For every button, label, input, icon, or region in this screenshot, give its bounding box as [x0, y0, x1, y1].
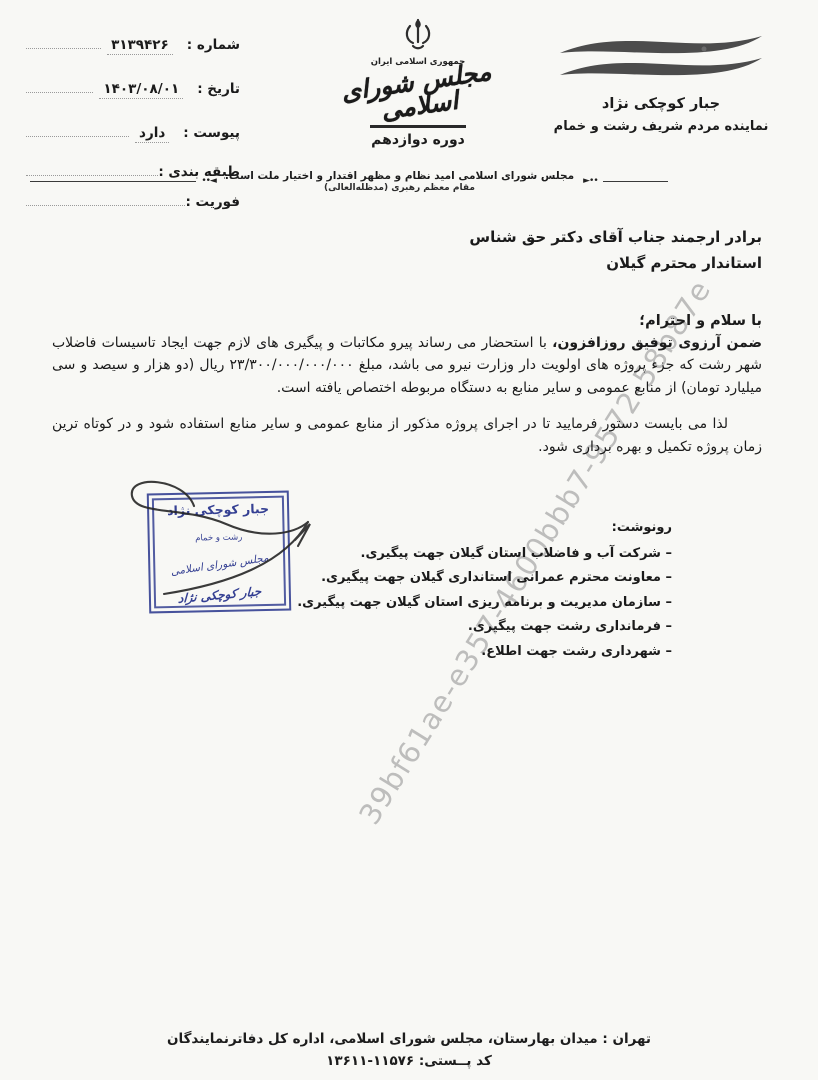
- representative-name: جبار کوچکی نژاد: [545, 96, 777, 112]
- cc-item: – شرکت آب و فاضلاب استان گیلان جهت پیگیر…: [297, 542, 672, 567]
- dotted-leader: [26, 191, 185, 206]
- dotted-leader: [26, 79, 93, 94]
- ribbon-line: [30, 181, 196, 182]
- letter-footer: تهران : میدان بهارستان، مجلس شورای اسلام…: [0, 1028, 818, 1073]
- cc-item: – شهرداری رشت جهت اطلاع.: [297, 640, 672, 665]
- date-value: ۱۴۰۳/۰۸/۰۱: [99, 81, 183, 99]
- number-value: ۳۱۳۹۴۲۶: [107, 37, 173, 55]
- paragraph-1-bold-lead: ضمن آرزوی توفیق روزافزون،: [552, 335, 762, 351]
- letter-body: برادر ارجمند جناب آقای دکتر حق شناس استا…: [52, 224, 762, 472]
- ribbon-ornament-icon: ••◄: [201, 177, 216, 186]
- postal-code-value: ۱۳۶۱۱-۱۱۵۷۶: [326, 1053, 414, 1069]
- handwritten-signature-icon: [98, 462, 338, 627]
- representative-role: نماینده مردم شریف رشت و خمام: [545, 119, 777, 134]
- cc-item: – معاونت محترم عمرانی استانداری گیلان جه…: [297, 566, 672, 591]
- ribbon-ornament-icon: ►••: [583, 177, 598, 186]
- postal-code-label: کد پــستی:: [419, 1053, 492, 1069]
- slogan-ribbon: ••◄ مجلس شورای اسلامی امید نظام و مظهر ا…: [30, 170, 668, 193]
- dotted-leader: [26, 34, 101, 49]
- footer-postal: کد پــستی: ۱۳۶۱۱-۱۱۵۷۶: [0, 1050, 818, 1072]
- urgency-label: فوریت :: [185, 194, 240, 210]
- addressee-title: استاندار محترم گیلان: [52, 250, 762, 276]
- ribbon-line: [603, 181, 668, 182]
- meta-row-urgency: فوریت :: [26, 191, 240, 210]
- cc-block: رونوشت: – شرکت آب و فاضلاب استان گیلان ج…: [297, 516, 672, 664]
- attachment-value: دارد: [135, 125, 169, 143]
- footer-address: تهران : میدان بهارستان، مجلس شورای اسلام…: [0, 1028, 818, 1050]
- iran-emblem-icon: [400, 16, 436, 56]
- cc-title: رونوشت:: [297, 516, 672, 541]
- addressee-name: برادر ارجمند جناب آقای دکتر حق شناس: [52, 224, 762, 250]
- letterhead-divider: [370, 125, 466, 128]
- slogan-attribution: مقام معظم رهبری (مدظله‌العالی): [225, 183, 574, 193]
- date-label: تاریخ :: [197, 81, 240, 97]
- amount-rials: ۲۳/۳۰۰/۰۰۰/۰۰۰/۰۰۰: [230, 357, 354, 373]
- cc-item: – سازمان مدیریت و برنامه ریزی استان گیلا…: [297, 591, 672, 616]
- representative-letterhead: جبار کوچکی نژاد نماینده مردم شریف رشت و …: [545, 26, 777, 134]
- paragraph-1: ضمن آرزوی توفیق روزافزون، با استحضار می …: [52, 332, 762, 400]
- number-label: شماره :: [187, 37, 240, 53]
- dotted-leader: [26, 122, 129, 137]
- cc-item: – فرمانداری رشت جهت پیگیری.: [297, 615, 672, 640]
- meta-row-number: شماره : ۳۱۳۹۴۲۶: [26, 34, 240, 55]
- ribbon-text: مجلس شورای اسلامی امید نظام و مظهر اقتدا…: [221, 170, 578, 193]
- assembly-calligraphy: مجلس شورای اسلامی: [316, 56, 521, 131]
- majlis-letterhead: جمهوری اسلامی ایران مجلس شورای اسلامی دو…: [318, 16, 518, 148]
- paragraph-2: لذا می بایست دستور فرمایید تا در اجرای پ…: [52, 413, 762, 458]
- meta-row-date: تاریخ : ۱۴۰۳/۰۸/۰۱: [26, 79, 240, 100]
- scanned-letter-page: 39bf61ae-e357-4600bbb7-9572-58b87e شماره…: [0, 0, 818, 1080]
- flag-swoosh-icon: [554, 26, 769, 88]
- meta-row-attachment: پیوست : دارد: [26, 122, 240, 143]
- salutation: با سلام و احترام؛: [52, 313, 762, 329]
- majlis-slogan: مجلس شورای اسلامی امید نظام و مظهر اقتدا…: [225, 170, 574, 182]
- assembly-term: دوره دوازدهم: [318, 132, 518, 148]
- attachment-label: پیوست :: [183, 125, 240, 141]
